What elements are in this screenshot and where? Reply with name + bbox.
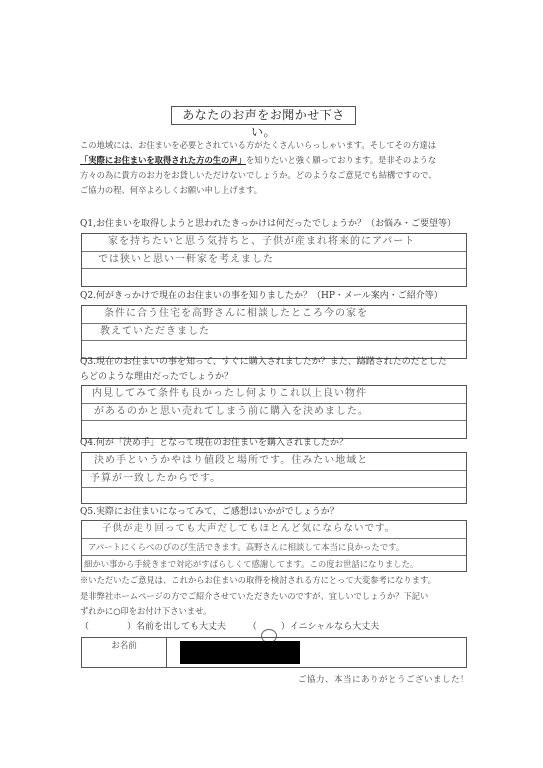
name-field-label: お名前	[82, 638, 167, 667]
answer-line: 決め手というかやはり値段と場所です。住みたい地域と	[82, 453, 466, 471]
intro-line-4: ご協力の程、何卒よろしくお願い申し上げます。	[80, 183, 472, 198]
handwritten-answer: 細かい事から手続きまで対応がすばらしくて感謝してます。この度お世話になりました。	[84, 557, 418, 571]
redacted-name	[180, 641, 300, 664]
answer-line: 教えていただきました	[82, 324, 466, 342]
consent-option-name[interactable]: （）名前を出しても大丈夫	[80, 622, 226, 632]
handwritten-answer: 教えていただきました	[100, 325, 210, 339]
question-1-label: Q1,お住まいを取得しようと思われたきっかけは何だったでしょうか？（お悩み・ご要…	[80, 217, 475, 232]
note-line-3: ずれかに○印をお付け下さいませ。	[80, 604, 480, 620]
note-line-2: 是非弊社ホームページの方でご紹介させていただきたいのですが、宜しいでしょうか？下…	[80, 589, 480, 605]
handwritten-answer: では狭いと思い一軒家を考えました	[98, 253, 274, 267]
answer-line: では狭いと思い一軒家を考えました	[82, 252, 466, 270]
intro-line-2-rest: を知りたいと強く願っております。是非そのような	[246, 155, 436, 165]
question-3-label: Q3.現在のお住まいの事を知って、すぐに購入されましたか？また、躊躇されたのだと…	[80, 355, 475, 370]
handwritten-answer: 予算が一致したからです。	[90, 472, 221, 486]
answer-line: 子供が走り回っても大声だしてもほとんど気にならないです。	[82, 521, 466, 539]
intro-line-3: 方々の為に貴方のお力をお貸しいただけないでしょうか。どのようなご意見でも結構です…	[80, 168, 472, 183]
intro-line-2: 「実際にお住まいを取得された方の生の声」を知りたいと強く願っております。是非その…	[80, 153, 472, 168]
handwritten-answer: 子供が走り回っても大声だしてもほとんど気にならないです。	[102, 522, 395, 536]
question-5-label: Q5.実際にお住まいになってみて、ご感想はいかがでしょうか？	[80, 505, 475, 520]
intro-paragraph: この地域には、お住まいを必要とされている方がたくさんいらっしゃいます。そしてその…	[80, 138, 472, 198]
question-4-label: Q4.何が「決め手」となって現在のお住まいを購入されましたか？	[80, 436, 475, 451]
answer-line: アパートにくらべのびのび生活できます。高野さんに相談して本当に良かったです。	[82, 539, 466, 557]
publication-note: ※いただいたご意見は、これからお住まいの取得を検討される方にとって大変参考になり…	[80, 573, 480, 620]
closing-thanks: ご協力、本当にありがとうございました！	[298, 673, 469, 685]
question-5-answer-box: 子供が走り回っても大声だしてもほとんど気にならないです。 アパートにくらべのびの…	[81, 520, 467, 572]
question-1-answer-box: 家を持ちたいと思う気持ちと、子供が産まれ将来的にアパート では狭いと思い一軒家を…	[81, 233, 467, 287]
answer-line: 細かい事から手続きまで対応がすばらしくて感謝してます。この度お世話になりました。	[82, 556, 466, 574]
name-field-box: お名前	[81, 637, 467, 668]
answer-line	[82, 488, 466, 506]
handwritten-answer: 家を持ちたいと思う気持ちと、子供が産まれ将来的にアパート	[108, 235, 415, 249]
question-3-label-line-2: らどのような理由だったでしょうか？	[80, 370, 475, 385]
note-line-1: ※いただいたご意見は、これからお住まいの取得を検討される方にとって大変参考になり…	[80, 573, 480, 589]
answer-line	[82, 269, 466, 287]
answer-line: 条件に合う住宅を高野さんに相談したところ今の家を	[82, 306, 466, 324]
handwritten-answer: アパートにくらべのびのび生活できます。高野さんに相談して本当に良かったです。	[88, 540, 404, 554]
intro-highlight: 「実際にお住まいを取得された方の生の声」	[80, 155, 246, 165]
answer-line: 予算が一致したからです。	[82, 471, 466, 489]
questionnaire-page: あなたのお声をお聞かせ下さい。 この地域には、お住まいを必要とされている方がたく…	[0, 0, 543, 768]
handwritten-answer: 条件に合う住宅を高野さんに相談したところ今の家を	[104, 307, 368, 321]
question-2-answer-box: 条件に合う住宅を高野さんに相談したところ今の家を 教えていただきました	[81, 305, 467, 359]
question-4-answer-box: 決め手というかやはり値段と場所です。住みたい地域と 予算が一致したからです。	[81, 452, 467, 504]
question-3-answer-box: 内見してみて条件も良かったし何よりこれ以上良い物件 があるのかと思い売れてしまう…	[81, 385, 467, 439]
handwritten-answer: があるのかと思い売れてしまう前に購入を決めました。	[94, 405, 369, 419]
document-title: あなたのお声をお聞かせ下さい。	[171, 106, 356, 125]
question-2-label: Q2.何がきっかけで現在のお住まいの事を知りましたか？（HP・メール案内・ご紹介…	[80, 289, 475, 304]
handwritten-answer: 内見してみて条件も良かったし何よりこれ以上良い物件	[92, 387, 367, 401]
consent-option-initials[interactable]: （）イニシャルなら大丈夫	[248, 622, 380, 632]
answer-line: があるのかと思い売れてしまう前に購入を決めました。	[82, 404, 466, 422]
answer-line: 家を持ちたいと思う気持ちと、子供が産まれ将来的にアパート	[82, 234, 466, 252]
consent-options: （）名前を出しても大丈夫 （）イニシャルなら大丈夫	[80, 620, 379, 634]
intro-line-1: この地域には、お住まいを必要とされている方がたくさんいらっしゃいます。そしてその…	[80, 138, 472, 153]
handwritten-answer: 決め手というかやはり値段と場所です。住みたい地域と	[94, 454, 368, 468]
answer-line: 内見してみて条件も良かったし何よりこれ以上良い物件	[82, 386, 466, 404]
